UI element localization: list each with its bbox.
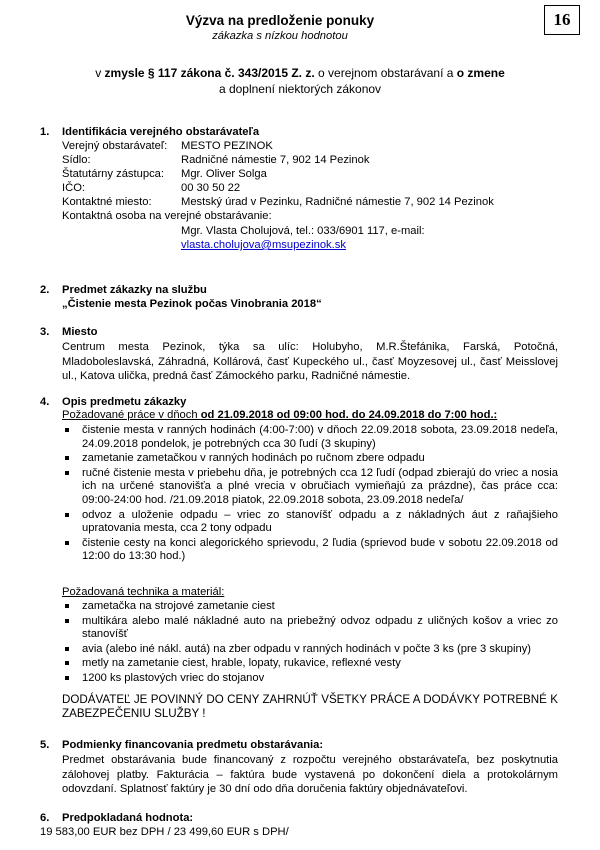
location-text: Centrum mesta Pezinok, týka sa ulíc: Hol… [62, 340, 558, 384]
list-item: ručné čistenie mesta v priebehu dňa, je … [62, 467, 558, 508]
field-value: Mgr. Oliver Solga [181, 168, 267, 182]
works-label: Požadované práce v dňoch od 21.09.2018 o… [62, 409, 497, 423]
equipment-list: zametačka na strojové zametanie ciest mu… [62, 600, 558, 687]
section-heading: Identifikácia verejného obstarávateľa [62, 126, 259, 140]
list-item: avia (alebo iné nákl. autá) na zber odpa… [62, 643, 558, 657]
document-subtitle: zákazka s nízkou hodnotou [150, 30, 410, 43]
document-title: Výzva na predloženie ponuky [150, 13, 410, 29]
list-item: odvoz a uloženie odpadu – vriec zo stano… [62, 509, 558, 536]
field-label: Štatutárny zástupca: [62, 168, 164, 182]
field-value: 00 30 50 22 [181, 182, 240, 196]
section-number: 5. [40, 739, 49, 753]
financing-text: Predmet obstarávania bude financovaný z … [62, 753, 558, 797]
field-label: Verejný obstarávateľ: [62, 140, 167, 154]
law-reference: v zmysle § 117 zákona č. 343/2015 Z. z. … [40, 66, 560, 97]
list-item: zametačka na strojové zametanie ciest [62, 600, 558, 614]
list-item: metly na zametanie ciest, hrable, lopaty… [62, 657, 558, 671]
section-number: 1. [40, 126, 49, 140]
field-value: MESTO PEZINOK [181, 140, 273, 154]
section-heading: Opis predmetu zákazky [62, 396, 186, 410]
page-number: 16 [554, 13, 571, 27]
section-heading: Podmienky financovania predmetu obstaráv… [62, 739, 323, 753]
supplier-notice: DODÁVATEĽ JE POVINNÝ DO CENY ZAHRNÚŤ VŠE… [62, 693, 558, 721]
field-value: Mestský úrad v Pezinku, Radničné námesti… [181, 196, 494, 210]
section-number: 4. [40, 396, 49, 410]
estimated-value: 19 583,00 EUR bez DPH / 23 499,60 EUR s … [40, 826, 289, 840]
list-item: zametanie zametačkou v ranných hodinách … [62, 452, 558, 466]
page-number-box: 16 [544, 5, 580, 35]
equipment-label: Požadovaná technika a materiál: [62, 586, 224, 600]
field-label: Kontaktné miesto: [62, 196, 152, 210]
section-number: 3. [40, 326, 49, 340]
field-label: Sídlo: [62, 154, 91, 168]
list-item: čistenie mesta v ranných hodinách (4:00-… [62, 424, 558, 451]
list-item: multikára alebo malé nákladné auto na pr… [62, 615, 558, 642]
section-number: 2. [40, 284, 49, 298]
contact-label: Kontaktná osoba na verejné obstarávanie: [62, 210, 272, 224]
section-heading: Miesto [62, 326, 97, 340]
section-heading: Predmet zákazky na službu [62, 284, 207, 298]
field-label: IČO: [62, 182, 85, 196]
contact-value: Mgr. Vlasta Cholujová, tel.: 033/6901 11… [181, 225, 425, 239]
section-heading: Predpokladaná hodnota: [62, 812, 193, 826]
list-item: 1200 ks plastových vriec do stojanov [62, 672, 558, 686]
list-item: čistenie cesty na konci alegorického spr… [62, 537, 558, 564]
contact-email-link[interactable]: vlasta.cholujova@msupezinok.sk [181, 239, 346, 253]
field-value: Radničné námestie 7, 902 14 Pezinok [181, 154, 369, 168]
works-list: čistenie mesta v ranných hodinách (4:00-… [62, 424, 558, 565]
contract-subject: „Čistenie mesta Pezinok počas Vinobrania… [62, 298, 322, 312]
section-number: 6. [40, 812, 49, 826]
